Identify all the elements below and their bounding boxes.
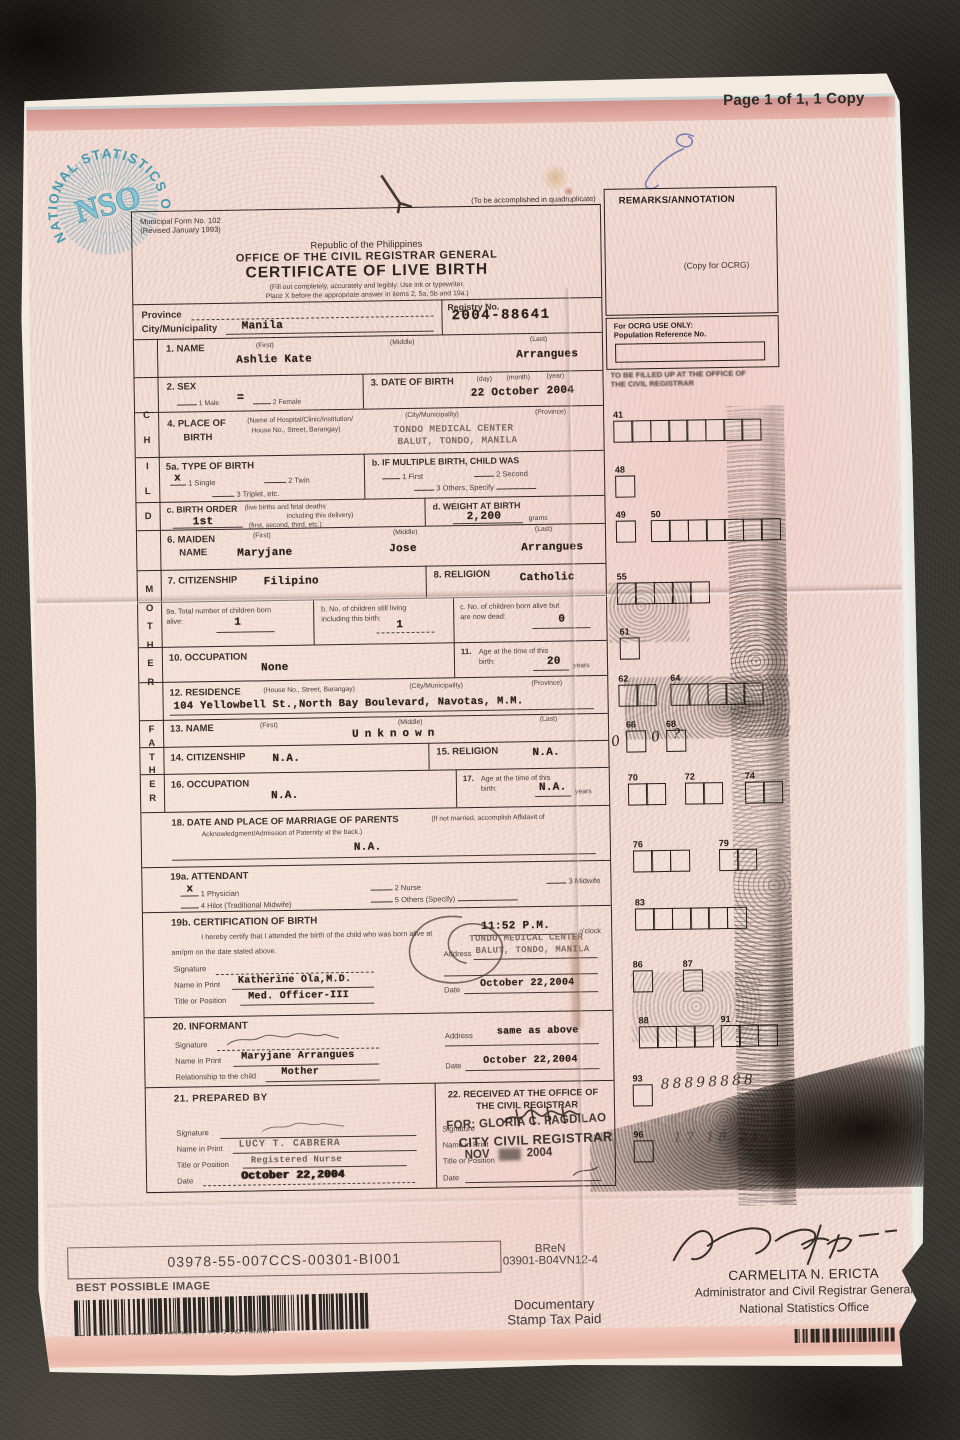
qc-label: c. BIRTH ORDER: [166, 504, 237, 515]
father-occupation: N.A.: [271, 790, 299, 802]
coding-cell: [706, 519, 726, 541]
qc-sub-1: (live births and fetal deaths: [244, 503, 325, 511]
side-label-child: CHILD: [135, 410, 160, 522]
title-position-label: Title or Position: [174, 996, 226, 1006]
coding-cells: [626, 730, 646, 752]
registrar-general-signature: [663, 1213, 902, 1273]
q8-label: 8. RELIGION: [434, 569, 491, 581]
coding-label: 91: [721, 1013, 778, 1024]
coding-cell: [744, 682, 764, 704]
father-religion: N.A.: [532, 747, 560, 759]
coding-cell: [657, 1026, 677, 1048]
place-of-birth-1: TONDO MEDICAL CENTER: [393, 422, 513, 435]
marriage-value: N.A.: [354, 841, 382, 853]
coding-cells: [628, 783, 667, 806]
coding-cell: [646, 783, 666, 805]
m-middle-sub: (Middle): [393, 529, 418, 536]
coding-cell: [635, 582, 655, 604]
twin-option: 2 Twin: [288, 476, 310, 485]
q18-label: 18. DATE AND PLACE OF MARRIAGE OF PARENT…: [171, 814, 398, 828]
qd-label: d. WEIGHT AT BIRTH: [432, 500, 520, 511]
form-rule: [138, 563, 606, 572]
q4-label-1: 4. PLACE OF: [167, 418, 226, 430]
prepared-name: LUCY T. CABRERA: [238, 1138, 340, 1151]
prep-signature-label: Signature: [176, 1128, 209, 1138]
prep-title-label: Title or Position: [177, 1160, 229, 1170]
nurse-option: 2 Nurse: [395, 883, 421, 892]
q13-label: 13. NAME: [170, 723, 214, 735]
form-rule: [435, 1083, 438, 1188]
coding-cell: [668, 420, 688, 442]
mini-barcode: [795, 1327, 903, 1343]
day-sub: (day): [476, 376, 492, 383]
mother-first-name: Maryjane: [237, 547, 292, 560]
coding-group-61: 61: [619, 626, 640, 659]
cert-name-line: [232, 987, 374, 990]
weight-value: 2,200: [467, 511, 502, 524]
form-rule: [142, 860, 610, 869]
coding-group-83: 83: [635, 896, 747, 931]
coding-group-86: 86: [633, 959, 654, 992]
q18-sub-2: Acknowledgment/Admission of Paternity at…: [202, 829, 363, 839]
coding-cells: [745, 781, 784, 804]
form-rule: [362, 374, 364, 409]
inf-rel-line: [266, 1080, 380, 1083]
certificate-form: Municipal Form No. 102 (Revised January …: [131, 204, 616, 1193]
form-rule: [364, 454, 366, 499]
coding-cell: [639, 1026, 659, 1048]
coding-label: 50: [651, 507, 781, 519]
received-stamp-month: NOV: [465, 1149, 490, 1162]
coding-cells: [683, 969, 703, 991]
coding-group-62: 62: [618, 673, 657, 707]
born-alive-line: [216, 631, 274, 633]
coding-cell: [742, 518, 762, 540]
coding-cell: [721, 1025, 741, 1047]
form-rule: [141, 805, 609, 814]
coding-cells: [635, 907, 747, 931]
coding-cells: [634, 1140, 654, 1162]
bren-block: BReN 03901-B04VN12-4: [495, 1242, 605, 1268]
informant-date: October 22,2004: [483, 1054, 578, 1066]
q5a-label: 5a. TYPE OF BIRTH: [166, 460, 254, 472]
q14-label: 14. CITIZENSHIP: [170, 752, 245, 764]
prep-title-line: [243, 1165, 407, 1169]
inf-date-label: Date: [445, 1061, 461, 1070]
side-label-mother: MOTHER: [138, 584, 163, 688]
coding-label: 74: [745, 770, 783, 781]
coding-cell: [761, 518, 781, 540]
prep-name-label: Name in Print: [177, 1144, 223, 1154]
coding-cell: [628, 783, 648, 805]
coding-label: 70: [628, 772, 666, 783]
male-option: 1 Male: [199, 400, 220, 407]
rec-date-label: Date: [443, 1173, 459, 1182]
coding-group-49: 49: [616, 509, 637, 542]
form-rule: [428, 743, 430, 770]
q21-label: 21. PREPARED BY: [174, 1092, 268, 1104]
father-age-line: [535, 795, 571, 797]
q12-citymun-sub: (City/Municipality): [409, 682, 463, 690]
f-years-label: years: [575, 788, 592, 795]
dead-line: [532, 627, 590, 629]
prep-date-label: Date: [177, 1176, 193, 1185]
cert-name-value: Katherine Ola,M.D.: [238, 974, 352, 987]
dead-value: 0: [558, 614, 565, 626]
coding-label: 79: [719, 838, 757, 849]
female-option: 2 Female: [273, 399, 301, 406]
prep-date-line: [203, 1182, 415, 1186]
coding-cell: [737, 849, 757, 871]
q16-label: 16. OCCUPATION: [171, 779, 249, 791]
q19b-label: 19b. CERTIFICATION OF BIRTH: [171, 915, 317, 928]
city-label: City/Municipality: [142, 323, 218, 335]
form-rule: [136, 450, 604, 459]
q9c-label: c. No. of children born alive but are no…: [460, 601, 560, 622]
coding-cells: [633, 850, 690, 873]
coding-cells: [651, 518, 781, 542]
coding-label: 86: [633, 959, 653, 969]
years-label: years: [573, 662, 590, 669]
coding-cell: [618, 684, 638, 706]
q12-sub: (House No., Street, Barangay): [263, 686, 355, 694]
q4-citymun-sub: (City/Municipality): [405, 411, 459, 419]
best-possible-image-label: BEST POSSIBLE IMAGE: [76, 1280, 211, 1294]
physician-option: 1 Physician: [201, 889, 239, 899]
coding-cell: [613, 420, 633, 442]
rec-date-line: [465, 1180, 601, 1183]
m-last-sub: (Last): [535, 526, 552, 533]
coding-cells: [639, 1025, 714, 1048]
coding-cell: [653, 908, 673, 930]
coding-cell: [689, 683, 709, 705]
coding-cells: [721, 1024, 778, 1047]
coding-group-41: 41: [613, 407, 762, 442]
coding-group-87: 87: [683, 958, 704, 991]
q12-prov-sub: (Province): [531, 680, 562, 687]
cert-line-2: am/pm on the date stated above.: [171, 946, 276, 957]
form-rule: [313, 599, 315, 644]
coding-cell: [685, 782, 705, 804]
form-revised: (Revised January 1993): [140, 225, 221, 235]
coding-cell: [632, 420, 652, 442]
coding-group-66: 66: [626, 719, 647, 752]
coding-group-72: 72: [685, 771, 724, 805]
coding-cell: [763, 781, 783, 803]
month-sub: (month): [506, 374, 530, 381]
doc-stamp-2: Stamp Tax Paid: [484, 1311, 624, 1328]
coding-group-96: 96: [633, 1129, 654, 1162]
coding-cell: [726, 907, 746, 929]
coding-label: 66: [626, 719, 646, 729]
coding-cell: [745, 781, 765, 803]
mother-middle-name: Jose: [389, 543, 417, 555]
q3-label: 3. DATE OF BIRTH: [371, 376, 454, 388]
informant-relationship: Mother: [281, 1066, 319, 1078]
q4-prov-sub: (Province): [535, 409, 566, 416]
coding-cells: [615, 475, 635, 497]
coding-group-79: 79: [719, 838, 758, 872]
relationship-label: Relationship to the child: [175, 1071, 256, 1081]
q9b-label: b. No. of children still living includin…: [321, 603, 431, 624]
coding-cells: [633, 970, 653, 992]
first-born-option: 1 First: [402, 472, 423, 481]
coding-group-55: 55: [617, 570, 711, 604]
code-box: 03978-55-007CCS-00301-BI001: [67, 1241, 501, 1280]
q7-label: 7. CITIZENSHIP: [168, 575, 238, 587]
coding-cell: [703, 782, 723, 804]
q4-label-2: BIRTH: [183, 432, 212, 443]
coding-cell: [633, 1084, 653, 1106]
coding-cell: [650, 420, 670, 442]
prepared-position: Registered Nurse: [251, 1154, 342, 1165]
mother-citizenship: Filipino: [264, 575, 319, 588]
coding-cell: [637, 684, 657, 706]
coding-cells: [620, 637, 640, 659]
place-of-birth-2: BALUT, TONDO, MANILA: [397, 434, 517, 447]
form-rule: [134, 370, 602, 379]
coding-cell: [705, 419, 725, 441]
coding-group-88: 88: [639, 1014, 714, 1048]
q4-sub-1: (Name of Hospital/Clinic/Institution/: [247, 416, 353, 425]
father-citizenship: N.A.: [272, 753, 300, 765]
others-option: 3 Others, Specify: [436, 483, 494, 493]
dob-value: 22 October 2004: [471, 384, 575, 399]
city-value: Manila: [242, 320, 284, 333]
mother-last-name: Arrangues: [521, 541, 583, 554]
father-age: N.A.: [539, 782, 567, 794]
coding-cell: [723, 419, 743, 441]
child-last-name: Arrangues: [516, 348, 578, 361]
coding-cell: [670, 850, 690, 872]
coding-group-74: 74: [745, 770, 784, 804]
coding-cell: [707, 683, 727, 705]
inf-address-label: Address: [445, 1031, 473, 1040]
inf-name-label: Name in Print: [175, 1056, 221, 1066]
coding-cells: [618, 684, 657, 707]
grams-label: grams: [529, 515, 548, 522]
single-option: 1 Single: [188, 478, 215, 487]
prepared-date: October 22,2004: [241, 1169, 345, 1183]
inf-address-line: [445, 1043, 599, 1046]
coding-cell: [694, 1025, 714, 1047]
coding-group-93: 93: [632, 1073, 653, 1106]
q9a-label: 9a. Total number of children born alive:: [166, 605, 284, 626]
form-rule: [425, 566, 427, 598]
coding-group-64: 64: [670, 671, 764, 705]
coding-group-48: 48: [615, 464, 636, 497]
f-middle-sub: (Middle): [398, 719, 423, 726]
q18-sub-1: (If not married, accomplish Affidavit of: [431, 814, 544, 823]
coding-label: 87: [683, 958, 703, 968]
q12-label: 12. RESIDENCE: [169, 687, 240, 699]
q19a-label: 19a. ATTENDANT: [170, 871, 248, 883]
coding-cell: [633, 970, 653, 992]
coding-cell: [672, 582, 692, 604]
coding-label: 48: [615, 464, 635, 474]
qc-sub-2: including this delivery): [287, 512, 354, 520]
code-value: 03978-55-007CCS-00301-BI001: [68, 1249, 500, 1272]
coding-cell: [686, 419, 706, 441]
form-rule: [441, 299, 443, 334]
photo-of-document: { "colors":{"paper":"#f1ded6","band_pink…: [0, 0, 960, 1440]
coding-cell: [670, 684, 690, 706]
coding-cell: [683, 969, 703, 991]
coding-cell: [633, 850, 653, 872]
coding-label: 61: [619, 626, 639, 636]
triplet-option: 3 Triplet, etc.: [236, 489, 279, 499]
handwritten-note: 17 18 21: [673, 1129, 763, 1145]
coding-cell: [669, 520, 689, 542]
q6-label-1: 6. MAIDEN: [167, 534, 215, 546]
cert-position-value: Med. Officer-III: [248, 990, 349, 1003]
coding-cell: [651, 850, 671, 872]
form-rule: [454, 642, 456, 677]
coding-label: 72: [685, 771, 723, 782]
bren-value: 03901-B04VN12-4: [495, 1254, 605, 1268]
father-name: Unknown: [352, 728, 440, 741]
coding-cell: [739, 1025, 759, 1047]
mother-religion: Catholic: [520, 571, 575, 584]
coding-cells: [719, 849, 758, 872]
coding-cell: [675, 1026, 695, 1048]
inf-signature-label: Signature: [175, 1040, 208, 1050]
coding-group-76: 76: [633, 839, 690, 873]
f-first-sub: (First): [260, 722, 278, 729]
coding-cell: [741, 418, 761, 440]
q5b-label: b. IF MULTIPLE BIRTH, CHILD WAS: [372, 455, 520, 467]
cert-signature-scribble: [394, 908, 527, 988]
coding-cell: [615, 475, 635, 497]
q11-label: 11.: [461, 647, 472, 656]
mother-age: 20: [547, 656, 561, 668]
coding-label: 62: [618, 673, 656, 684]
coding-cell: [719, 849, 739, 871]
stamp-smudge: [499, 1148, 521, 1160]
second-born-option: 2 Second: [496, 469, 528, 478]
mother-occupation: None: [261, 662, 289, 674]
living-line: [377, 632, 435, 634]
q6-label-2: NAME: [179, 547, 207, 558]
received-stamp-year: 2004: [527, 1147, 553, 1160]
coding-cell: [620, 637, 640, 659]
coding-cell: [617, 582, 637, 604]
coding-cell: [708, 907, 728, 929]
received-flourish: [571, 1163, 601, 1179]
form-rule: [136, 495, 604, 504]
coding-cells: [670, 682, 764, 705]
coding-label: 64: [670, 671, 763, 682]
coding-label: 88: [639, 1014, 714, 1025]
q1-label: 1. NAME: [166, 343, 205, 355]
coding-label: 83: [635, 896, 747, 908]
informant-name: Maryjane Arrangues: [241, 1050, 355, 1063]
hilot-option: 4 Hilot (Traditional Midwife): [201, 900, 292, 910]
coding-cell: [690, 907, 710, 929]
child-first-name: Ashlie Kate: [236, 353, 312, 366]
coding-cells: [633, 1084, 653, 1106]
marriage-line: [172, 853, 596, 861]
coding-cells: [613, 418, 762, 442]
coding-cell: [671, 908, 691, 930]
q10-label: 10. OCCUPATION: [169, 652, 247, 664]
form-rule: [145, 1010, 613, 1019]
province-label: Province: [141, 310, 181, 322]
informant-signature: [223, 1029, 343, 1049]
living-value: 1: [396, 619, 403, 631]
document: Page 1 of 1, 1 Copy NATIONAL STATISTICS …: [17, 73, 930, 1380]
handwritten-question: ?: [673, 727, 680, 742]
coding-cell: [653, 582, 673, 604]
form-rule: [424, 498, 426, 526]
born-alive-value: 1: [234, 617, 241, 629]
coding-cells: [617, 581, 711, 604]
coding-group-70: 70: [628, 772, 667, 806]
q15-label: 15. RELIGION: [436, 746, 498, 758]
coding-cell: [725, 683, 745, 705]
coding-cells: [685, 782, 724, 805]
coding-label: 96: [633, 1129, 653, 1139]
side-label-father: FATHER: [140, 724, 164, 804]
prepared-signature: [256, 1117, 352, 1137]
coding-group-91: 91: [721, 1013, 778, 1047]
coding-cell: [651, 520, 671, 542]
q2-label: 2. SEX: [167, 381, 197, 392]
signature-label: Signature: [174, 964, 207, 974]
f-last-sub: (Last): [540, 716, 557, 723]
q4-sub-2: House No., Street, Barangay): [251, 426, 340, 434]
coding-cells: [616, 520, 636, 542]
informant-address: same as above: [497, 1025, 579, 1037]
others-attendant-option: 5 Others (Specify): [395, 894, 456, 904]
registry-value: 2004-88641: [451, 307, 550, 325]
sex-mark: =: [237, 391, 245, 405]
doc-stamp-block: Documentary Stamp Tax Paid: [484, 1296, 624, 1328]
coding-group-50: 50: [651, 507, 781, 542]
midwife-option: 3 Midwife: [568, 876, 600, 885]
form-rule: [456, 769, 458, 807]
name-in-print-label: Name in Print: [174, 980, 220, 990]
coding-cell: [616, 520, 636, 542]
mother-age-line: [533, 669, 569, 671]
coding-cell: [635, 908, 655, 930]
coding-cell: [687, 519, 707, 541]
form-rule: [453, 597, 455, 642]
last-sub: (Last): [530, 336, 547, 343]
province-line: [192, 316, 434, 321]
q17-label: 17.: [463, 774, 474, 783]
quadruplicate-note: (To be accomplished in quadruplicate): [471, 194, 596, 205]
coding-cell: [690, 581, 710, 603]
m-first-sub: (First): [253, 532, 271, 539]
coding-label: 49: [616, 509, 636, 519]
coding-label: 93: [632, 1073, 652, 1083]
inf-date-line: [465, 1068, 599, 1071]
coding-cell: [626, 730, 646, 752]
coding-cell: [757, 1024, 777, 1046]
cert-date-line: [464, 991, 598, 994]
coding-cell: [634, 1140, 654, 1162]
middle-sub: (Middle): [390, 339, 415, 346]
coding-cell: [724, 519, 744, 541]
q22-label-1: 22. RECEIVED AT THE OFFICE OF: [448, 1087, 598, 1099]
coding-label: 76: [633, 839, 690, 850]
prep-name-line: [233, 1150, 417, 1154]
year-sub: (year): [546, 373, 564, 380]
first-sub: (First): [256, 342, 274, 349]
coding-label: 55: [617, 570, 710, 581]
cert-position-line: [240, 1003, 374, 1006]
